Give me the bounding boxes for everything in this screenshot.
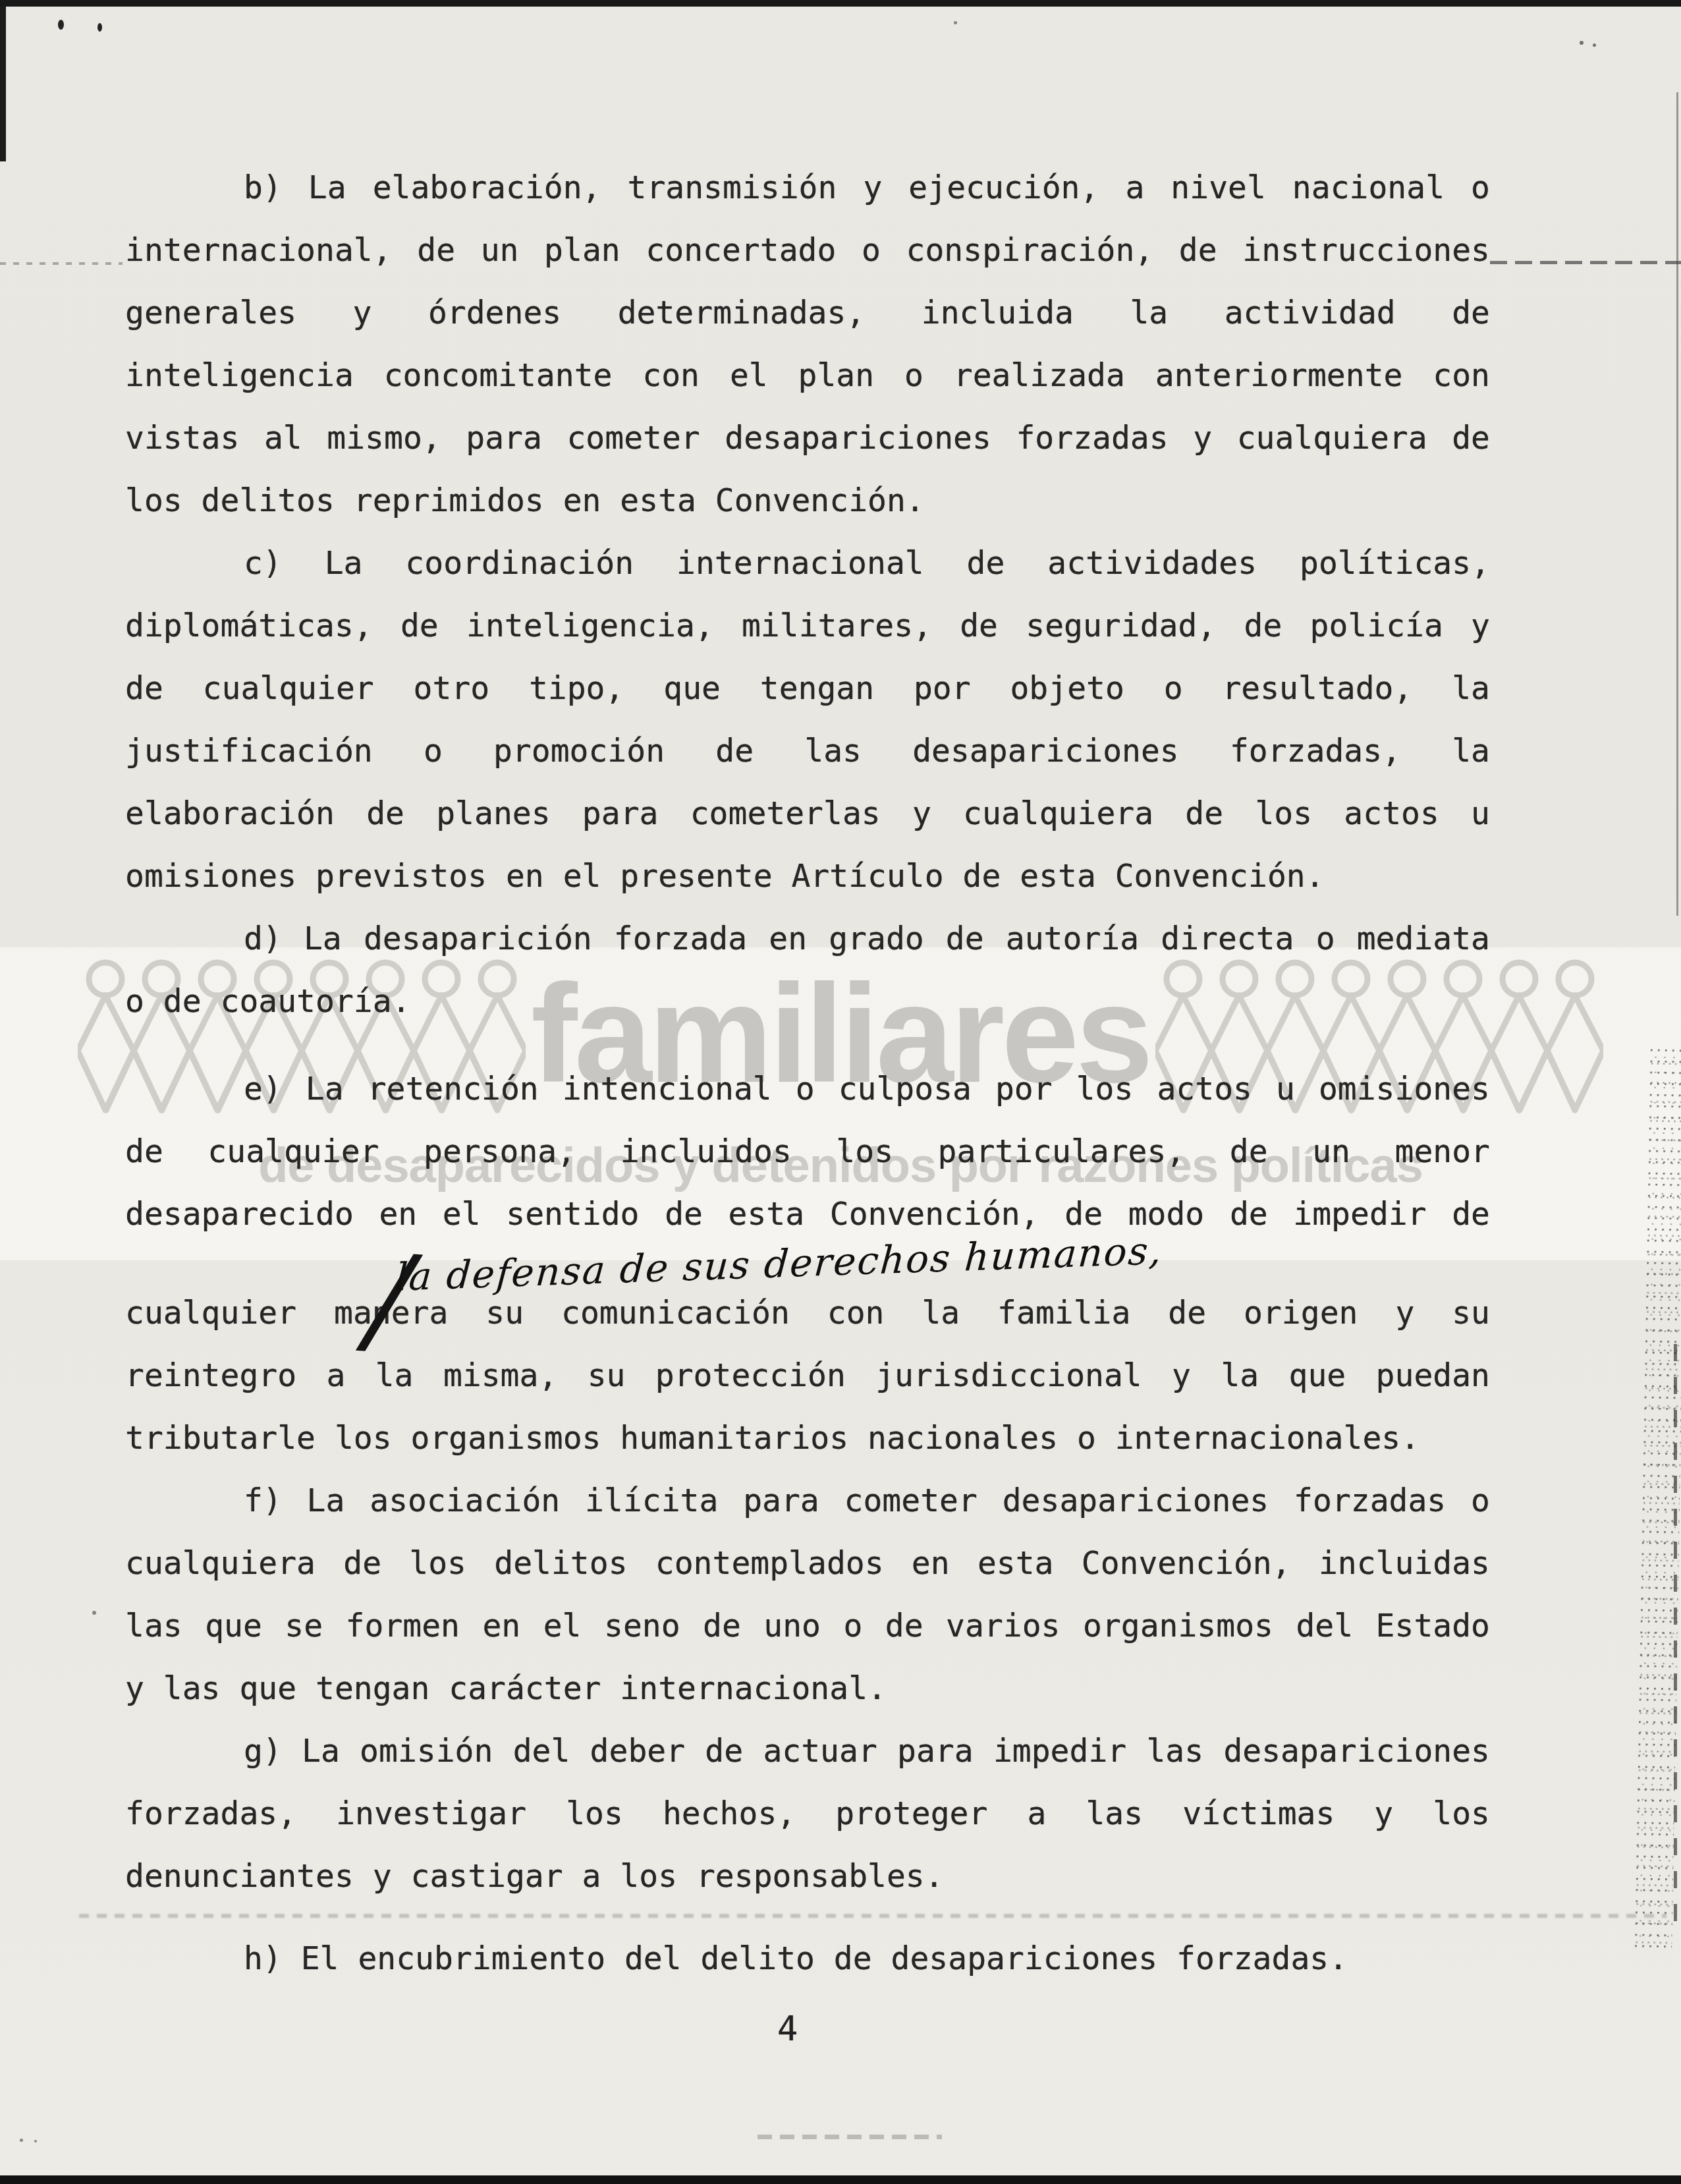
typed-line: b) La elaboración, transmisión y ejecuci… — [125, 157, 1490, 219]
typed-line: los delitos reprimidos en esta Convenció… — [125, 470, 1490, 532]
typed-line: inteligencia concomitante con el plan o … — [125, 345, 1490, 407]
typed-line: de cualquier persona, incluidos los part… — [125, 1121, 1490, 1183]
scan-edge-left — [0, 7, 6, 161]
typed-line: justificación o promoción de las desapar… — [125, 720, 1490, 783]
ink-speck — [58, 20, 64, 30]
ink-speck — [954, 21, 957, 24]
typed-line: tributarle los organismos humanitarios n… — [125, 1407, 1490, 1470]
typed-line: reintegro a la misma, su protección juri… — [125, 1345, 1490, 1407]
typed-line: elaboración de planes para cometerlas y … — [125, 783, 1490, 845]
typed-line: cualquier manera su comunicación con la … — [125, 1282, 1490, 1345]
scan-smudge-line — [79, 1914, 1667, 1918]
typed-text-block: b) La elaboración, transmisión y ejecuci… — [125, 157, 1490, 1990]
typed-line: internacional, de un plan concertado o c… — [125, 219, 1490, 282]
typed-line: d) La desaparición forzada en grado de a… — [125, 908, 1490, 970]
line-spacer — [125, 1908, 1490, 1928]
typed-line: las que se formen en el seno de uno o de… — [125, 1595, 1490, 1658]
scan-dashed-line-right — [1490, 261, 1681, 264]
scan-edge-top — [0, 0, 1681, 7]
typed-line: e) La retención intencional o culposa po… — [125, 1058, 1490, 1121]
scan-right-edge-line — [1676, 92, 1678, 916]
ink-speck — [20, 2139, 23, 2142]
typed-line: denunciantes y castigar a los responsabl… — [125, 1845, 1490, 1908]
typed-line: forzadas, investigar los hechos, protege… — [125, 1783, 1490, 1845]
scan-smudge-bottom — [758, 2135, 942, 2139]
typed-line: desaparecido en el sentido de esta Conve… — [125, 1183, 1490, 1246]
typed-line: y las que tengan carácter internacional. — [125, 1658, 1490, 1720]
page-number: 4 — [777, 2009, 798, 2049]
typed-line: de cualquier otro tipo, que tengan por o… — [125, 658, 1490, 720]
line-spacer — [125, 1033, 1490, 1058]
typed-line: o de coautoría. — [125, 970, 1490, 1033]
ink-speck — [92, 1611, 96, 1615]
typed-line: c) La coordinación internacional de acti… — [125, 532, 1490, 595]
typed-line: omisiones previstos en el presente Artíc… — [125, 845, 1490, 908]
typed-line: generales y órdenes determinadas, inclui… — [125, 282, 1490, 345]
scan-dashed-line-left — [0, 262, 123, 265]
ink-speck — [34, 2140, 37, 2142]
typed-line: f) La asociación ilícita para cometer de… — [125, 1470, 1490, 1532]
typed-line: cualquiera de los delitos contemplados e… — [125, 1532, 1490, 1595]
typed-line: diplomáticas, de inteligencia, militares… — [125, 595, 1490, 658]
scan-edge-bottom — [0, 2175, 1681, 2184]
ink-speck — [1580, 41, 1584, 45]
ink-speck — [1593, 43, 1596, 47]
typed-line: h) El encubrimiento del delito de desapa… — [125, 1928, 1490, 1990]
scanned-document-page: familiares de desaparecidos y detenidos … — [0, 0, 1681, 2184]
ink-speck — [97, 23, 102, 32]
typed-line: g) La omisión del deber de actuar para i… — [125, 1720, 1490, 1783]
typed-line: vistas al mismo, para cometer desaparici… — [125, 407, 1490, 470]
